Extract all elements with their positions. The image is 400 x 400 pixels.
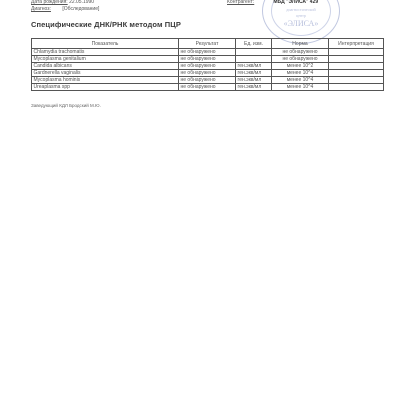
dob-row: Дата рождения: 22.05.1990: [31, 0, 94, 5]
result-cell: не обнаружено: [179, 70, 236, 77]
indicator-cell: Ureaplasma spp: [32, 84, 179, 91]
norm-cell: менее 10^4: [272, 84, 329, 91]
unit-cell: [236, 49, 272, 56]
col-header-interpretation: Интерпретация: [329, 39, 384, 49]
col-header-norm: Норма: [272, 39, 329, 49]
interpretation-cell: [329, 84, 384, 91]
result-cell: не обнаружено: [179, 56, 236, 63]
result-cell: не обнаружено: [179, 84, 236, 91]
contractor-row: Контрагент: МБД "ЭЛИСА" 429: [227, 0, 318, 5]
unit-cell: ген.экв/мл: [236, 70, 272, 77]
unit-cell: ген.экв/мл: [236, 84, 272, 91]
contractor-label: Контрагент:: [227, 0, 272, 5]
table-row: Mycoplasma hominis не обнаружено ген.экв…: [32, 77, 384, 84]
dob-label: Дата рождения:: [31, 0, 68, 5]
section-title: Специфические ДНК/РНК методом ПЦР: [31, 20, 181, 29]
result-cell: не обнаружено: [179, 49, 236, 56]
contractor-value: МБД "ЭЛИСА" 429: [273, 0, 318, 5]
unit-cell: ген.экв/мл: [236, 63, 272, 70]
stamp-inner-ring: [271, 0, 331, 36]
table-row: Chlamydia trachomatis не обнаружено не о…: [32, 49, 384, 56]
table-header-row: Показатель Результат Ед. изм. Норма Инте…: [32, 39, 384, 49]
stamp-line-3: «ЭЛИСА»: [263, 19, 339, 28]
stamp-line-2: центр: [263, 13, 339, 18]
dob-value: 22.05.1990: [69, 0, 94, 5]
table-row: Gardnerella vaginalis не обнаружено ген.…: [32, 70, 384, 77]
stamp-line-1: диагностический: [263, 7, 339, 12]
indicator-cell: Gardnerella vaginalis: [32, 70, 179, 77]
interpretation-cell: [329, 70, 384, 77]
result-cell: не обнаружено: [179, 77, 236, 84]
signature-line: Заведующий КДЛ Бродский М.Ю.: [31, 103, 101, 108]
norm-cell: не обнаружено: [272, 56, 329, 63]
diagnosis-value: [Обследование]: [62, 6, 99, 12]
unit-cell: [236, 56, 272, 63]
results-table: Показатель Результат Ед. изм. Норма Инте…: [31, 38, 384, 91]
indicator-cell: Chlamydia trachomatis: [32, 49, 179, 56]
result-cell: не обнаружено: [179, 63, 236, 70]
col-header-indicator: Показатель: [32, 39, 179, 49]
interpretation-cell: [329, 49, 384, 56]
indicator-cell: Mycoplasma hominis: [32, 77, 179, 84]
col-header-unit: Ед. изм.: [236, 39, 272, 49]
indicator-cell: Mycoplasma genitalium: [32, 56, 179, 63]
table-row: Candida albicans не обнаружено ген.экв/м…: [32, 63, 384, 70]
diagnosis-row: Диагноз: [Обследование]: [31, 6, 99, 12]
table-row: Ureaplasma spp не обнаружено ген.экв/мл …: [32, 84, 384, 91]
interpretation-cell: [329, 77, 384, 84]
norm-cell: менее 10^4: [272, 77, 329, 84]
norm-cell: не обнаружено: [272, 49, 329, 56]
unit-cell: ген.экв/мл: [236, 77, 272, 84]
indicator-cell: Candida albicans: [32, 63, 179, 70]
interpretation-cell: [329, 56, 384, 63]
norm-cell: менее 10^4: [272, 70, 329, 77]
norm-cell: менее 10^2: [272, 63, 329, 70]
col-header-result: Результат: [179, 39, 236, 49]
diagnosis-label: Диагноз:: [31, 6, 61, 12]
table-row: Mycoplasma genitalium не обнаружено не о…: [32, 56, 384, 63]
interpretation-cell: [329, 63, 384, 70]
